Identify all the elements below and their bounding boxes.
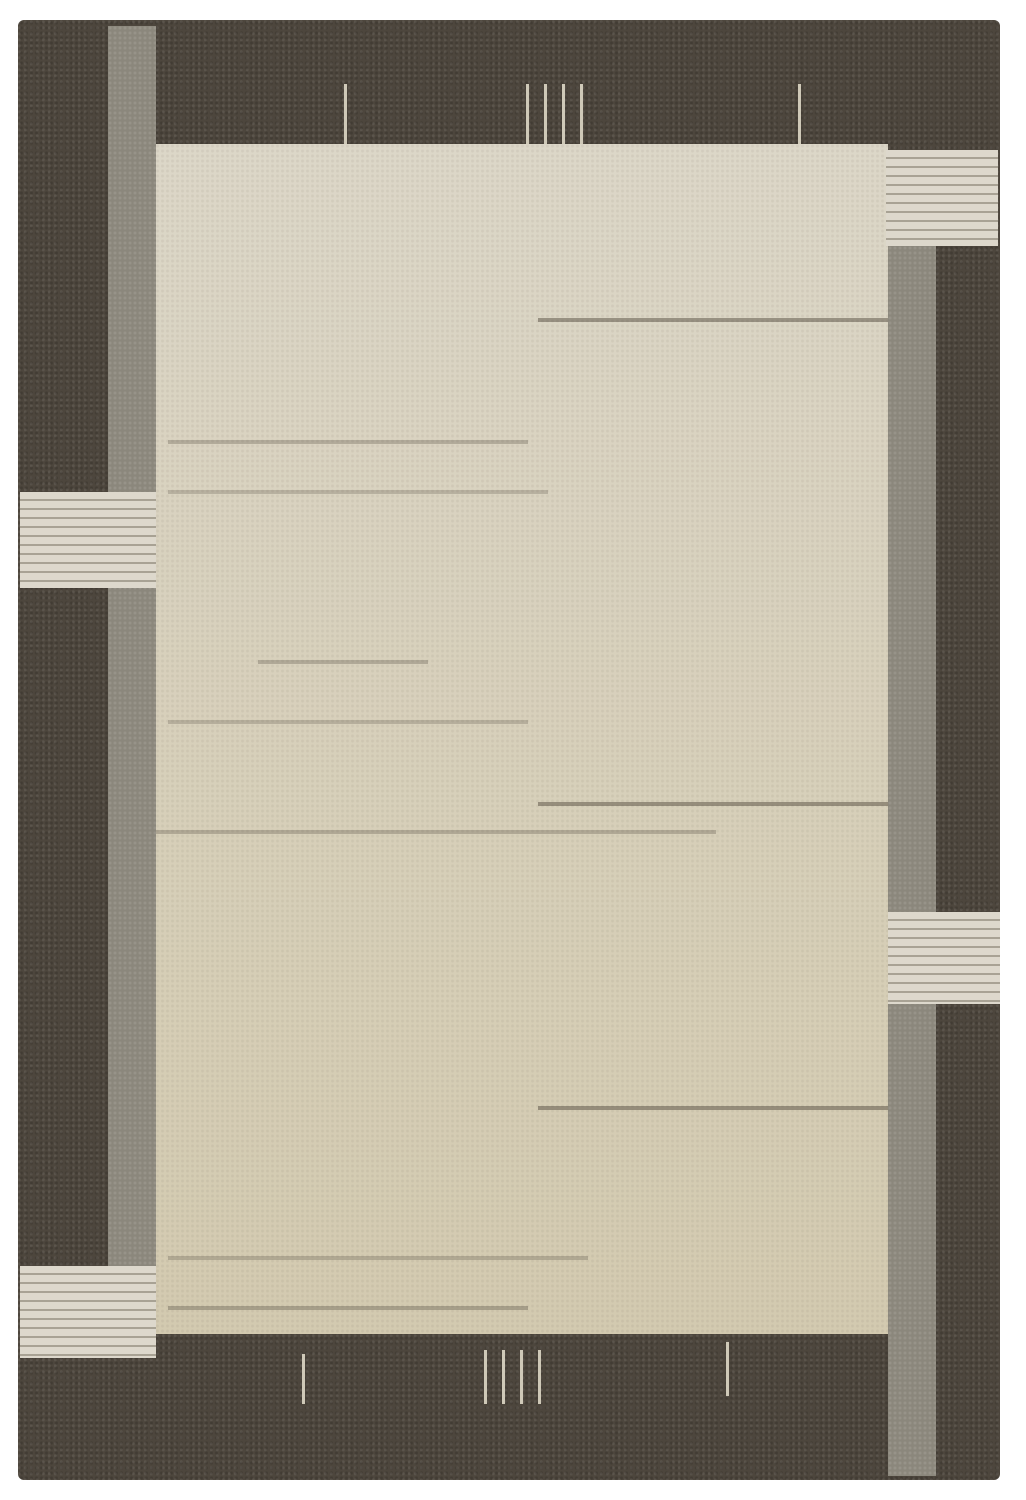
field-streak [156,830,716,834]
ribbed-tab-bottom-left [20,1266,156,1358]
ribbed-tab-top-right [886,150,998,246]
field-streak [258,660,428,664]
border-tick [544,84,547,144]
left-grey-band [108,26,156,1288]
field-streak [168,720,528,724]
field-streak [168,440,528,444]
border-tick [580,84,583,144]
right-grey-band [888,246,936,1476]
border-tick [520,1350,523,1404]
border-tick [302,1354,305,1404]
field-streak [168,490,548,494]
rug [18,20,1000,1480]
central-field [156,144,888,1334]
border-tick [562,84,565,144]
field-streak [168,1256,588,1260]
border-tick [484,1350,487,1404]
border-tick [502,1350,505,1404]
border-tick [344,84,347,144]
ribbed-tab-right [888,912,1000,1004]
border-tick [538,1350,541,1404]
field-streak [538,1106,888,1110]
field-streak [538,318,888,322]
field-streak [168,1306,528,1310]
field-streak [538,802,888,806]
border-tick [726,1342,729,1396]
ribbed-tab-left [20,492,156,588]
border-tick [798,84,801,144]
border-tick [526,84,529,144]
